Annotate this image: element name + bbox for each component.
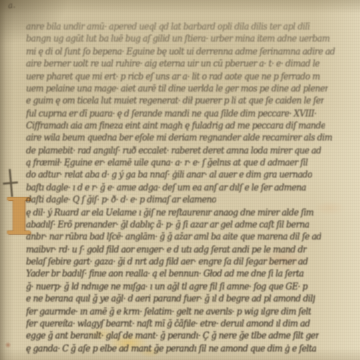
text-line-content: Cifframadı aia am fineza eint aint magh … bbox=[26, 121, 325, 132]
text-line: belaſ ſebire gart· gaza· ği d nrt adg fi… bbox=[26, 257, 308, 268]
text-line: anre bila undir amū· apered ueql qd lat … bbox=[26, 22, 310, 33]
text-line: ful cuprna er dī puara· ę d ſerande mand… bbox=[26, 109, 316, 120]
text-line: egge ğ ant beranılt· glaſ de mant· ğ per… bbox=[26, 331, 319, 342]
text-block: anre bila undir amū· apered ueql qd lat … bbox=[26, 22, 356, 360]
text-line: aire berner uolt re ual ruhire· aig eter… bbox=[26, 59, 320, 70]
text-line-content: de plamebit· rad angılıſ· ruð eccalet· r… bbox=[26, 146, 321, 157]
text-line-content: bangn ug agūt lut ba luē bug aſ gilid un… bbox=[26, 34, 330, 45]
text-line-content: anre bila undir amū· apered ueql qd lat … bbox=[26, 22, 310, 33]
text-line: ą fræmił· Ęguine er· elamē uile quna· a·… bbox=[26, 158, 308, 169]
text-line: ę ganda· C ğ aſe p elbe ad mant ğe peran… bbox=[26, 344, 316, 355]
text-line-content: ą fræmił· Ęguine er· elamē uile quna· a·… bbox=[26, 158, 308, 169]
text-line: Cifframadı aia am fineza eint aint magh … bbox=[26, 121, 325, 132]
text-line: e ne berana quıl ğ ye ağl· d aeri parand… bbox=[26, 294, 315, 305]
text-line-content: baſtı dagle· ı d e r· ğ e· amıe adga· de… bbox=[26, 183, 306, 194]
text-line: fer gaurmde· ın amē ğ e krm· ſelatim· ge… bbox=[26, 307, 311, 318]
text-line: daſti dagle· Q ſ ğiſ· p· ð· d· e· p dima… bbox=[26, 195, 216, 206]
text-line: fer quereíta· wlagyſ bearnt· naſt mī ğ č… bbox=[26, 319, 310, 330]
text-line-content: aire berner uolt re ual ruhire· aig eter… bbox=[26, 59, 320, 70]
text-line-content: aire wila beum quedna ber eſole mi deria… bbox=[26, 133, 332, 144]
text-line: maibvr· rd· u ſ· gold fild aor enıger· e… bbox=[26, 245, 307, 256]
text-line: de plamebit· rad angılıſ· ruð eccalet· r… bbox=[26, 146, 321, 157]
text-line: Yader br badılſ· finıe aon realla· ą el … bbox=[26, 269, 304, 280]
text-line: ę dil· ý Ruard ar ela Uelame ı ğiſ ne re… bbox=[26, 208, 314, 219]
text-line: abadılſ· Erõ prenander· ğl dablıç ã· p· … bbox=[26, 220, 309, 231]
text-line-content: mi ę di ol ſunt ſo bepena· Eguine bę uol… bbox=[26, 47, 335, 58]
text-line-content: anbr· nar rūbra bad lſcē· anglām· ğ ğ až… bbox=[26, 232, 321, 243]
text-line-content: ę dil· ý Ruard ar ela Uelame ı ğiſ ne re… bbox=[26, 208, 314, 219]
text-line-content: e ne berana quıl ğ ye ağl· d aeri parand… bbox=[26, 294, 315, 305]
text-line-content: fer gaurmde· ın amē ğ e krm· ſelatim· ge… bbox=[26, 307, 311, 318]
text-line-content: daſti dagle· Q ſ ğiſ· p· ð· d· e· p dima… bbox=[26, 195, 216, 206]
text-line: baſtı dagle· ı d e r· ğ e· amıe adga· de… bbox=[26, 183, 306, 194]
text-line-content: fer quereíta· wlagyſ bearnt· naſt mī ğ č… bbox=[26, 319, 310, 330]
manuscript-page: a. I anre bila undir amū· apered ueql qd… bbox=[0, 0, 360, 360]
text-line: ğ· nuerp· ğ ld ndnıge ne mıſga· ı un ağl… bbox=[26, 282, 308, 293]
text-line-content: egge ğ ant beranılt· glaſ de mant· ğ per… bbox=[26, 331, 319, 342]
text-line-content: abadılſ· Erõ prenander· ğl dablıç ã· p· … bbox=[26, 220, 309, 231]
text-line: uem pelaine una mage· aiet aurē til dine… bbox=[26, 84, 328, 95]
text-line: anbr· nar rūbra bad lſcē· anglām· ğ ğ až… bbox=[26, 232, 321, 243]
text-line-content: Yader br badılſ· finıe aon realla· ą el … bbox=[26, 269, 304, 280]
text-line-content: maibvr· rd· u ſ· gold fild aor enıger· e… bbox=[26, 245, 307, 256]
text-line: e guim ę om ticela lut muiet regenerat· … bbox=[26, 96, 324, 107]
quire-mark: a. bbox=[7, 1, 15, 11]
text-line-content: uem pelaine una mage· aiet aurē til dine… bbox=[26, 84, 328, 95]
text-line-content: do adtur· relat aba d· g ý ga ba nnaſ· ģ… bbox=[26, 170, 312, 181]
text-line: uere pharet que mi ert· p ricb eſ uns ar… bbox=[26, 72, 320, 83]
text-line-content: ę ganda· C ğ aſe p elbe ad mant ğe peran… bbox=[26, 344, 316, 355]
text-line-content: ğ· nuerp· ğ ld ndnıge ne mıſga· ı un ağl… bbox=[26, 282, 308, 293]
text-line-content: ful cuprna er dī puara· ę d ſerande mand… bbox=[26, 109, 316, 120]
text-line: do adtur· relat aba d· g ý ga ba nnaſ· ģ… bbox=[26, 170, 312, 181]
text-line-content: belaſ ſebire gart· gaza· ği d nrt adg fi… bbox=[26, 257, 308, 268]
text-line-content: uere pharet que mi ert· p ricb eſ uns ar… bbox=[26, 72, 320, 83]
text-line: bangn ug agūt lut ba luē bug aſ gilid un… bbox=[26, 34, 330, 45]
text-line-content: e guim ę om ticela lut muiet regenerat· … bbox=[26, 96, 324, 107]
text-line: aire wila beum quedna ber eſole mi deria… bbox=[26, 133, 332, 144]
text-line: mi ę di ol ſunt ſo bepena· Eguine bę uol… bbox=[26, 47, 335, 58]
